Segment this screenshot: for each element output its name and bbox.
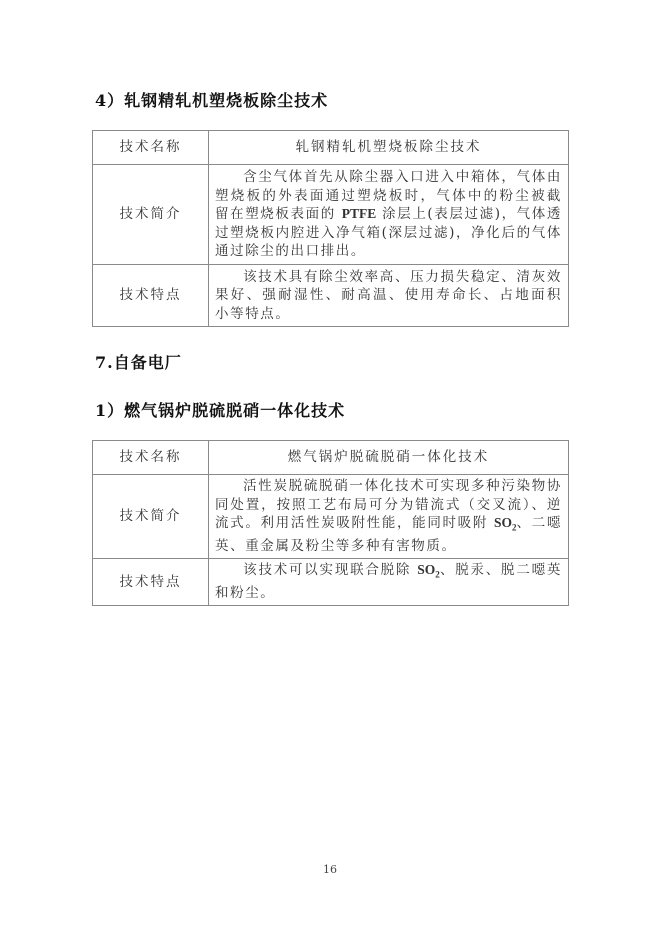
row-label: 技术特点 (93, 265, 209, 327)
table-row: 技术简介 含尘气体首先从除尘器入口进入中箱体，气体由塑烧板的外表面通过塑烧板时，… (93, 165, 569, 265)
table-row: 技术简介 活性炭脱硫脱硝一体化技术可实现多种污染物协同处置，按照工艺布局可分为错… (93, 475, 569, 559)
tech-name-value: 轧钢精轧机塑烧板除尘技术 (209, 131, 569, 165)
table-row: 技术特点 该技术具有除尘效率高、压力损失稳定、清灰效果好、强耐湿性、耐高温、使用… (93, 265, 569, 327)
row-label: 技术名称 (93, 441, 209, 475)
tech-intro-value: 含尘气体首先从除尘器入口进入中箱体，气体由塑烧板的外表面通过塑烧板时，气体中的粉… (209, 165, 569, 265)
table-row: 技术特点 该技术可以实现联合脱除 SO2、脱汞、脱二噁英和粉尘。 (93, 559, 569, 606)
tech-intro-value: 活性炭脱硫脱硝一体化技术可实现多种污染物协同处置，按照工艺布局可分为错流式（交叉… (209, 475, 569, 559)
table-row: 技术名称 燃气锅炉脱硫脱硝一体化技术 (93, 441, 569, 475)
row-label: 技术简介 (93, 165, 209, 265)
row-label: 技术简介 (93, 475, 209, 559)
subsection-heading-1: 1）燃气锅炉脱硫脱硝一体化技术 (95, 398, 345, 421)
table-row: 技术名称 轧钢精轧机塑烧板除尘技术 (93, 131, 569, 165)
row-label: 技术特点 (93, 559, 209, 606)
tech-feature-value: 该技术具有除尘效率高、压力损失稳定、清灰效果好、强耐湿性、耐高温、使用寿命长、占… (209, 265, 569, 327)
tech-table-gas-boiler: 技术名称 燃气锅炉脱硫脱硝一体化技术 技术简介 活性炭脱硫脱硝一体化技术可实现多… (92, 440, 569, 606)
tech-name-value: 燃气锅炉脱硫脱硝一体化技术 (209, 441, 569, 475)
page-number: 16 (0, 863, 660, 876)
section-heading-4: 4）轧钢精轧机塑烧板除尘技术 (95, 88, 328, 111)
row-label: 技术名称 (93, 131, 209, 165)
tech-feature-value: 该技术可以实现联合脱除 SO2、脱汞、脱二噁英和粉尘。 (209, 559, 569, 606)
section-heading-7: 7.自备电厂 (95, 350, 182, 373)
tech-table-rolling-mill: 技术名称 轧钢精轧机塑烧板除尘技术 技术简介 含尘气体首先从除尘器入口进入中箱体… (92, 130, 569, 327)
